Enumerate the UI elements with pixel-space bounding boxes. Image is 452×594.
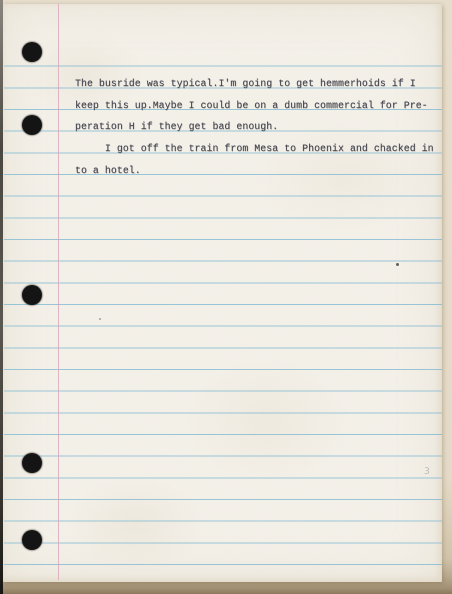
margin-line [58,4,59,580]
scan-left-edge [0,0,3,594]
scanned-notebook-page: The busride was typical.I'm going to get… [0,0,452,594]
typewritten-text: The busride was typical.I'm going to get… [75,73,434,181]
